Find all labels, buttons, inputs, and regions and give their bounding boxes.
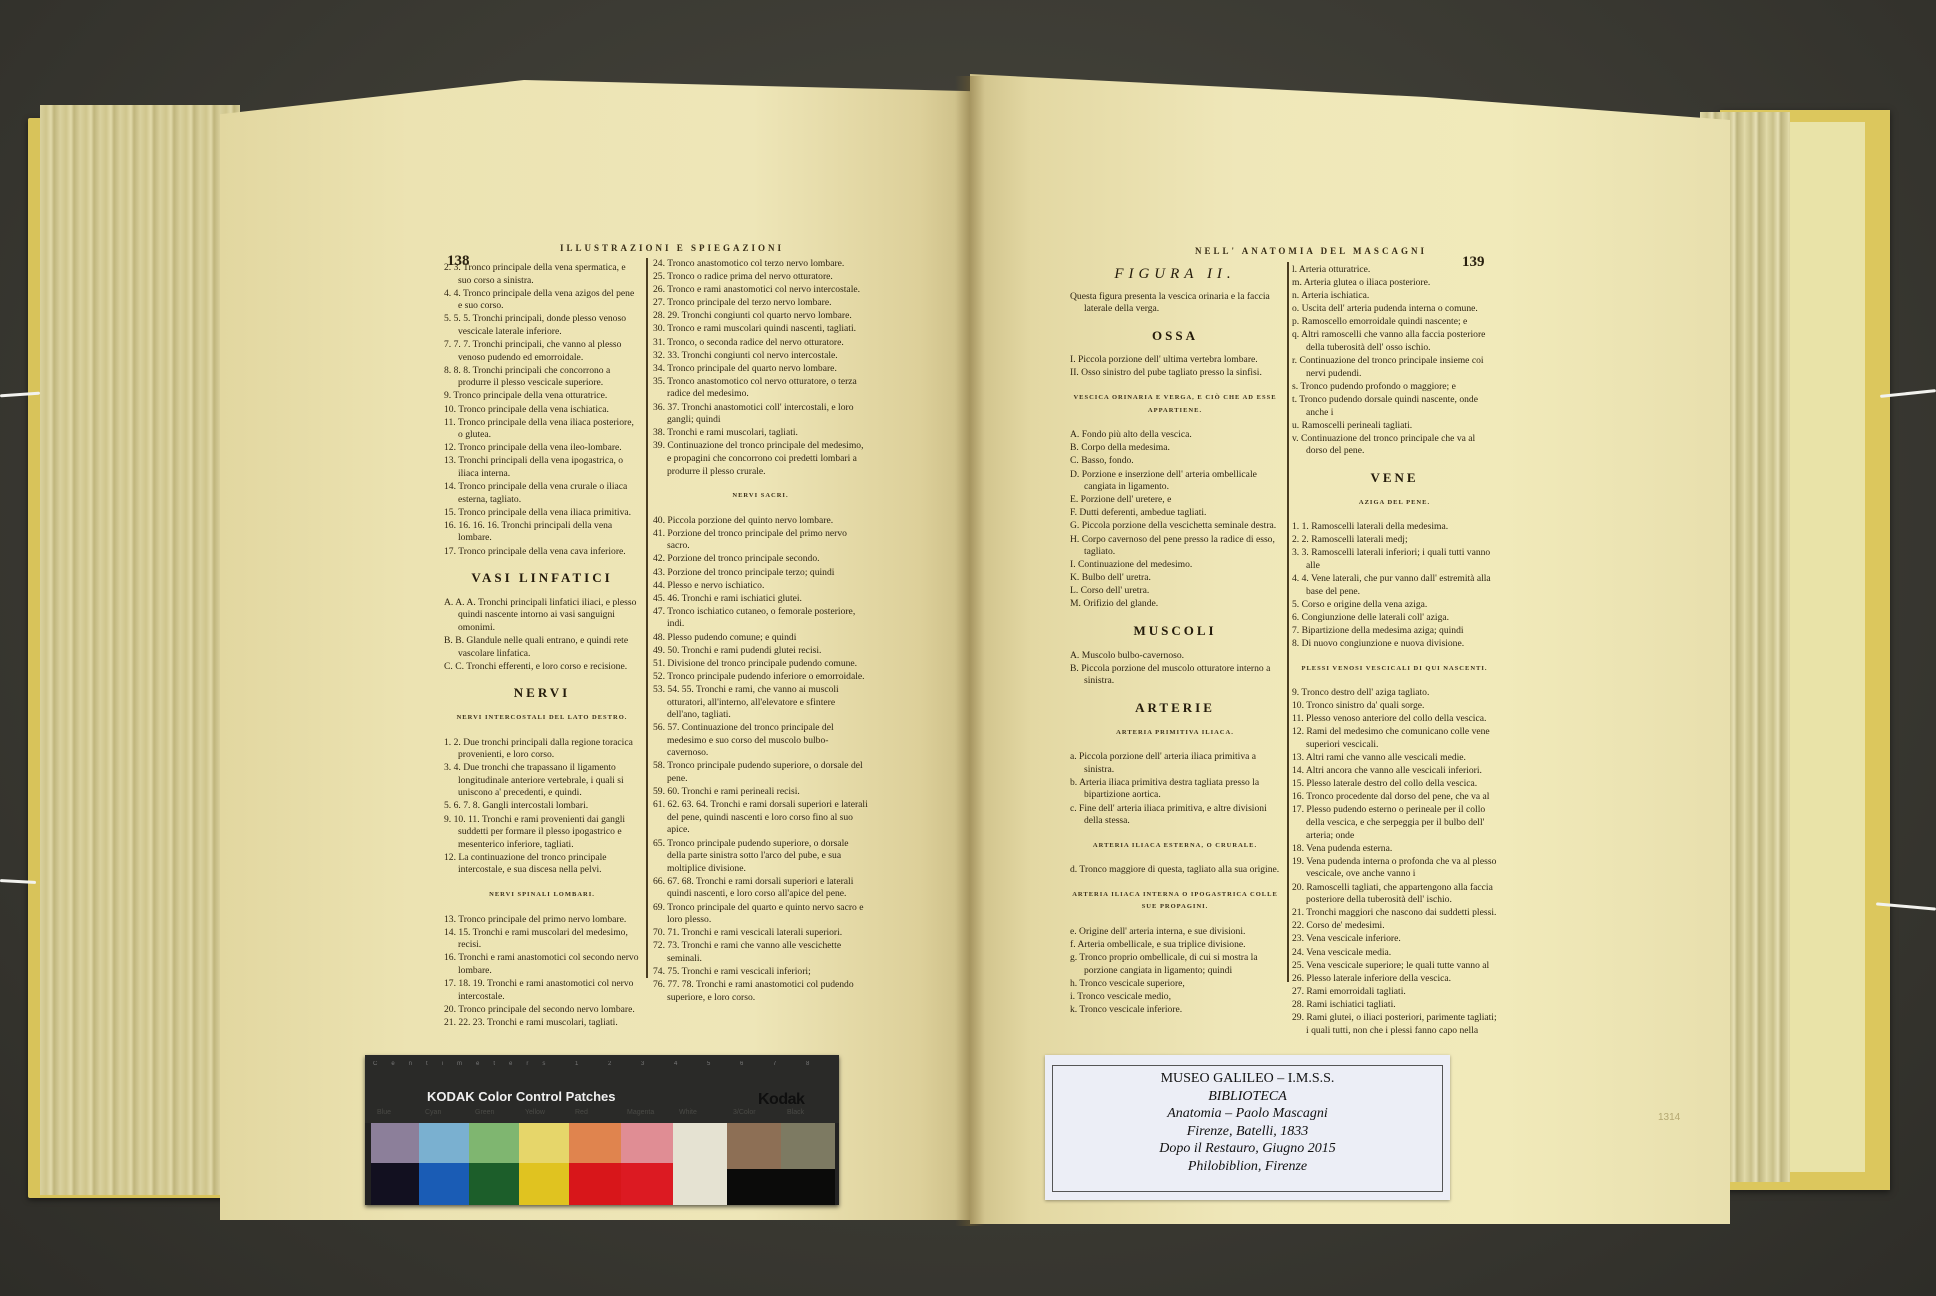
legend-item: 9. 10. 11. Tronchi e rami provenienti da… [444, 814, 640, 852]
legend-item: 28. 29. Tronchi congiunti col quarto ner… [653, 310, 868, 323]
legend-item: B. B. Glandule nelle quali entrano, e qu… [444, 635, 640, 660]
legend-item: 12. La continuazione del tronco principa… [444, 852, 640, 877]
legend-item: 14. Altri ancora che vanno alle vescical… [1292, 765, 1497, 778]
legend-item: k. Tronco vescicale inferiore. [1070, 1004, 1280, 1017]
heading-arterie: ARTERIE [1070, 702, 1280, 715]
right-column-2: l. Arteria otturatrice.m. Arteria glutea… [1292, 264, 1497, 1038]
heading-vene: VENE [1292, 472, 1497, 485]
legend-item: 8. Di nuovo congiunzione e nuova divisio… [1292, 638, 1497, 651]
color-patch-dark-red [569, 1163, 621, 1205]
legend-item: n. Arteria ischiatica. [1292, 290, 1497, 303]
kodak-patch-label: Green [475, 1109, 494, 1116]
legend-item: 52. Tronco principale pudendo inferiore … [653, 671, 868, 684]
legend-item: 70. 71. Tronchi e rami vescicali lateral… [653, 927, 868, 940]
legend-item: 16. 16. 16. 16. Tronchi principali della… [444, 520, 640, 545]
left-column-rule [646, 258, 648, 978]
heading-vasi-linfatici: VASI LINFATICI [444, 572, 640, 585]
legend-item: 14. 15. Tronchi e rami muscolari del med… [444, 927, 640, 952]
museum-label-frame: MUSEO GALILEO – I.M.S.S. BIBLIOTECA Anat… [1052, 1065, 1443, 1192]
legend-item: l. Arteria otturatrice. [1292, 264, 1497, 277]
legend-item: M. Orifizio del glande. [1070, 598, 1280, 611]
legend-item: 3. 3. Ramoscelli laterali inferiori; i q… [1292, 547, 1497, 572]
legend-item: 11. Plesso venoso anteriore del collo de… [1292, 713, 1497, 726]
legend-item: 13. Tronco principale del primo nervo lo… [444, 914, 640, 927]
legend-item: C. Basso, fondo. [1070, 455, 1280, 468]
color-patch-white [673, 1123, 727, 1205]
restorer: Philobiblion, Firenze [1053, 1158, 1442, 1176]
legend-item: D. Porzione e inserzione dell' arteria o… [1070, 469, 1280, 494]
legend-item: B. Corpo della medesima. [1070, 442, 1280, 455]
legend-item: 47. Tronco ischiatico cutaneo, o femoral… [653, 606, 868, 631]
legend-item: i. Tronco vescicale medio, [1070, 991, 1280, 1004]
heading-nervi: NERVI [444, 687, 640, 700]
kodak-patch-label: Red [575, 1109, 588, 1116]
legend-item: 4. 4. Tronco principale della vena azigo… [444, 288, 640, 313]
legend-item: 26. Tronco e rami anastomotici col nervo… [653, 284, 868, 297]
legend-item: 40. Piccola porzione del quinto nervo lo… [653, 515, 868, 528]
legend-item: o. Uscita dell' arteria pudenda interna … [1292, 303, 1497, 316]
kodak-patch-label: Magenta [627, 1109, 654, 1116]
legend-item: 26. Plesso laterale inferiore della vesc… [1292, 973, 1497, 986]
subheading-esterna: ARTERIA ILIACA ESTERNA, O CRURALE. [1070, 840, 1280, 853]
subheading-primitiva: ARTERIA PRIMITIVA ILIACA. [1070, 727, 1280, 740]
legend-item: 10. Tronco principale della vena ischiat… [444, 404, 640, 417]
legend-item: 58. Tronco principale pudendo superiore,… [653, 760, 868, 785]
legend-item: 1. 2. Due tronchi principali dalla regio… [444, 737, 640, 762]
legend-item: e. Origine dell' arteria interna, e sue … [1070, 926, 1280, 939]
legend-item: 2. 2. Ramoscelli laterali medj; [1292, 534, 1497, 547]
legend-item: 65. Tronco principale pudendo superiore,… [653, 838, 868, 876]
right-column-rule [1287, 262, 1289, 982]
legend-item: 48. Plesso pudendo comune; e quindi [653, 632, 868, 645]
legend-item: r. Continuazione del tronco principale i… [1292, 355, 1497, 380]
legend-item: 25. Tronco o radice prima del nervo ottu… [653, 271, 868, 284]
legend-item: F. Dutti deferenti, ambedue tagliati. [1070, 507, 1280, 520]
legend-item: 36. 37. Tronchi anastomotici coll' inter… [653, 402, 868, 427]
legend-item: 27. Rami emorroidali tagliati. [1292, 986, 1497, 999]
kodak-patch-label: Blue [377, 1109, 391, 1116]
legend-item: 72. 73. Tronchi e rami che vanno alle ve… [653, 940, 868, 965]
color-patch-3color [727, 1123, 781, 1169]
kodak-title: KODAK Color Control Patches [427, 1089, 616, 1104]
color-patch-yellow [519, 1123, 569, 1163]
legend-item: 59. 60. Tronchi e rami perineali recisi. [653, 786, 868, 799]
color-patch-green [469, 1123, 519, 1163]
subheading-intercostali: NERVI INTERCOSTALI DEL LATO DESTRO. [444, 712, 640, 725]
legend-item: 13. Tronchi principali della vena ipogas… [444, 455, 640, 480]
legend-item: 66. 67. 68. Tronchi e rami dorsali super… [653, 876, 868, 901]
legend-item: 4. 4. Vene laterali, che pur vanno dall'… [1292, 573, 1497, 598]
subheading-vescica: VESCICA ORINARIA E VERGA, E CIÒ CHE AD E… [1070, 392, 1280, 417]
color-patch-dark-yellow [519, 1163, 569, 1205]
legend-item: t. Tronco pudendo dorsale quindi nascent… [1292, 394, 1497, 419]
kodak-header: Centimeters 1 2 3 4 5 6 7 8 9 10 11 12 1… [365, 1055, 839, 1123]
legend-item: h. Tronco vescicale superiore, [1070, 978, 1280, 991]
legend-item: 27. Tronco principale del terzo nervo lo… [653, 297, 868, 310]
legend-item: 6. Congiunzione delle laterali coll' azi… [1292, 612, 1497, 625]
legend-item: 16. Tronchi e rami anastomotici col seco… [444, 952, 640, 977]
legend-item: 31. Tronco, o seconda radice del nervo o… [653, 337, 868, 350]
kodak-patch-label: 3/Color [733, 1109, 756, 1116]
legend-item: 25. Vena vescicale superiore; le quali t… [1292, 960, 1497, 973]
legend-item: a. Piccola porzione dell' arteria iliaca… [1070, 751, 1280, 776]
color-patch-dark-blue [371, 1163, 419, 1205]
legend-item: L. Corso dell' uretra. [1070, 585, 1280, 598]
left-running-head: ILLUSTRAZIONI E SPIEGAZIONI [560, 243, 784, 253]
legend-item: 34. Tronco principale del quarto nervo l… [653, 363, 868, 376]
legend-item: 17. Plesso pudendo esterno o perineale p… [1292, 804, 1497, 842]
kodak-patch-label: Yellow [525, 1109, 545, 1116]
color-patch-dark-green [469, 1163, 519, 1205]
legend-item: 17. Tronco principale della vena cava in… [444, 546, 640, 559]
kodak-color-card: Centimeters 1 2 3 4 5 6 7 8 9 10 11 12 1… [365, 1055, 839, 1205]
legend-item: 45. 46. Tronchi e rami ischiatici glutei… [653, 593, 868, 606]
kodak-ruler: Centimeters 1 2 3 4 5 6 7 8 9 10 11 12 1… [373, 1061, 831, 1075]
subheading-interna: ARTERIA ILIACA INTERNA O IPOGASTRICA COL… [1070, 889, 1280, 914]
legend-item: 51. Divisione del tronco principale pude… [653, 658, 868, 671]
color-patch-dark-3color [727, 1169, 781, 1205]
legend-item: 11. Tronco principale della vena iliaca … [444, 417, 640, 442]
legend-item: 53. 54. 55. Tronchi e rami, che vanno ai… [653, 684, 868, 722]
legend-item: 10. Tronco sinistro da' quali sorge. [1292, 700, 1497, 713]
legend-item: 28. Rami ischiatici tagliati. [1292, 999, 1497, 1012]
book-title: Anatomia – Paolo Mascagni [1053, 1105, 1442, 1123]
legend-item: H. Corpo cavernoso del pene presso la ra… [1070, 534, 1280, 559]
legend-item: 18. Vena pudenda esterna. [1292, 843, 1497, 856]
legend-item: 23. Vena vescicale inferiore. [1292, 933, 1497, 946]
left-column-2: 24. Tronco anastomotico col terzo nervo … [653, 258, 868, 1005]
kodak-patch-label: White [679, 1109, 697, 1116]
legend-item: 43. Porzione del tronco principale terzo… [653, 567, 868, 580]
legend-item: 35. Tronco anastomotico col nervo ottura… [653, 376, 868, 401]
legend-item: 44. Plesso e nervo ischiatico. [653, 580, 868, 593]
legend-item: q. Altri ramoscelli che vanno alla facci… [1292, 329, 1497, 354]
kodak-logo: Kodak [758, 1091, 804, 1109]
subheading-plessi: PLESSI VENOSI VESCICALI DI QUI NASCENTI. [1292, 663, 1497, 676]
legend-item: II. Osso sinistro del pube tagliato pres… [1070, 367, 1280, 380]
legend-item: 5. Corso e origine della vena aziga. [1292, 599, 1497, 612]
legend-item: 19. Vena pudenda interna o profonda che … [1292, 856, 1497, 881]
legend-item: d. Tronco maggiore di questa, tagliato a… [1070, 864, 1280, 877]
legend-item: 49. 50. Tronchi e rami pudendi glutei re… [653, 645, 868, 658]
library-name: BIBLIOTECA [1053, 1088, 1442, 1106]
legend-item: 5. 5. 5. Tronchi principali, donde pless… [444, 313, 640, 338]
legend-item: A. Fondo più alto della vescica. [1070, 429, 1280, 442]
legend-item: 2. 3. Tronco principale della vena sperm… [444, 262, 640, 287]
legend-item: 22. Corso de' medesimi. [1292, 920, 1497, 933]
legend-item: 7. Bipartizione della medesima aziga; qu… [1292, 625, 1497, 638]
museum-name: MUSEO GALILEO – I.M.S.S. [1053, 1070, 1442, 1088]
left-column-1: 2. 3. Tronco principale della vena sperm… [444, 262, 640, 1030]
legend-item: 9. Tronco destro dell' aziga tagliato. [1292, 687, 1497, 700]
legend-item: 5. 6. 7. 8. Gangli intercostali lombari. [444, 800, 640, 813]
legend-item: 3. 4. Due tronchi che trapassano il liga… [444, 762, 640, 800]
legend-item: 16. Tronco procedente dal dorso del pene… [1292, 791, 1497, 804]
legend-item: A. Muscolo bulbo-cavernoso. [1070, 650, 1280, 663]
legend-item: 9. Tronco principale della vena otturatr… [444, 390, 640, 403]
legend-item: 74. 75. Tronchi e rami vescicali inferio… [653, 966, 868, 979]
legend-item: C. C. Tronchi efferenti, e loro corso e … [444, 661, 640, 674]
legend-item: 24. Tronco anastomotico col terzo nervo … [653, 258, 868, 271]
legend-item: 29. Rami glutei, o iliaci posteriori, pa… [1292, 1012, 1497, 1037]
legend-item: 14. Tronco principale della vena crurale… [444, 481, 640, 506]
legend-item: u. Ramoscelli perineali tagliati. [1292, 420, 1497, 433]
legend-item: s. Tronco pudendo profondo o maggiore; e [1292, 381, 1497, 394]
legend-item: 12. Tronco principale della vena ileo-lo… [444, 442, 640, 455]
publication-info: Firenze, Batelli, 1833 [1053, 1123, 1442, 1141]
kodak-patch-label: Cyan [425, 1109, 441, 1116]
legend-item: 41. Porzione del tronco principale del p… [653, 528, 868, 553]
museum-label: MUSEO GALILEO – I.M.S.S. BIBLIOTECA Anat… [1045, 1055, 1450, 1200]
book-gutter [955, 76, 985, 1226]
color-patch-red [569, 1123, 621, 1163]
endpaper-right [1785, 122, 1865, 1172]
legend-item: 76. 77. 78. Tronchi e rami anastomotici … [653, 979, 868, 1004]
legend-item: 32. 33. Tronchi congiunti col nervo inte… [653, 350, 868, 363]
legend-item: 38. Tronchi e rami muscolari, tagliati. [653, 427, 868, 440]
legend-item: 20. Ramoscelli tagliati, che appartengon… [1292, 882, 1497, 907]
legend-item: 20. Tronco principale del secondo nervo … [444, 1004, 640, 1017]
kodak-patch-label: Black [787, 1109, 804, 1116]
legend-item: 21. Tronchi maggiori che nascono dai sud… [1292, 907, 1497, 920]
subheading-sacri: NERVI SACRI. [653, 490, 868, 503]
page-stack-left [40, 105, 240, 1195]
legend-item: v. Continuazione del tronco principale c… [1292, 433, 1497, 458]
legend-item: 1. 1. Ramoscelli laterali della medesima… [1292, 521, 1497, 534]
heading-ossa: OSSA [1070, 330, 1280, 343]
legend-item: 15. Plesso laterale destro del collo del… [1292, 778, 1497, 791]
legend-item: 13. Altri rami che vanno alle vescicali … [1292, 752, 1497, 765]
color-patch-dark-cyan [419, 1163, 469, 1205]
subheading-aziga: AZIGA DEL PENE. [1292, 497, 1497, 510]
color-patch-dark-magenta [621, 1163, 673, 1205]
legend-item: E. Porzione dell' uretere, e [1070, 494, 1280, 507]
legend-item: 17. 18. 19. Tronchi e rami anastomotici … [444, 978, 640, 1003]
right-column-1: FIGURA II. Questa figura presenta la ves… [1070, 264, 1280, 1017]
legend-item: f. Arteria ombellicale, e sua triplice d… [1070, 939, 1280, 952]
legend-item: 7. 7. 7. Tronchi principali, che vanno a… [444, 339, 640, 364]
figure-title: FIGURA II. [1070, 268, 1280, 281]
legend-item: 69. Tronco principale del quarto e quint… [653, 902, 868, 927]
heading-muscoli: MUSCOLI [1070, 625, 1280, 638]
legend-item: 56. 57. Continuazione del tronco princip… [653, 722, 868, 760]
kodak-patch-labels: BlueCyanGreenYellowRedMagentaWhite3/Colo… [365, 1109, 839, 1121]
right-running-head: NELL' ANATOMIA DEL MASCAGNI [1195, 246, 1427, 256]
color-patch-cyan [419, 1123, 469, 1163]
legend-item: 12. Rami del medesimo che comunicano col… [1292, 726, 1497, 751]
color-patch-blue [371, 1123, 419, 1163]
legend-item: A. A. A. Tronchi principali linfatici il… [444, 597, 640, 635]
legend-item: K. Bulbo dell' uretra. [1070, 572, 1280, 585]
subheading-lombari: NERVI SPINALI LOMBARI. [444, 889, 640, 902]
legend-item: 30. Tronco e rami muscolari quindi nasce… [653, 323, 868, 336]
color-patch-black [781, 1123, 835, 1169]
legend-item: m. Arteria glutea o iliaca posteriore. [1292, 277, 1497, 290]
legend-item: 8. 8. 8. Tronchi principali che concorro… [444, 365, 640, 390]
legend-item: B. Piccola porzione del muscolo otturato… [1070, 663, 1280, 688]
legend-item: 24. Vena vescicale media. [1292, 947, 1497, 960]
legend-item: 15. Tronco principale della vena iliaca … [444, 507, 640, 520]
figure-intro: Questa figura presenta la vescica orinar… [1070, 291, 1280, 316]
legend-item: 61. 62. 63. 64. Tronchi e rami dorsali s… [653, 799, 868, 837]
legend-item: c. Fine dell' arteria iliaca primitiva, … [1070, 803, 1280, 828]
legend-item: 21. 22. 23. Tronchi e rami muscolari, ta… [444, 1017, 640, 1030]
legend-item: p. Ramoscello emorroidale quindi nascent… [1292, 316, 1497, 329]
legend-item: I. Continuazione del medesimo. [1070, 559, 1280, 572]
legend-item: I. Piccola porzione dell' ultima vertebr… [1070, 354, 1280, 367]
legend-item: G. Piccola porzione della vescichetta se… [1070, 520, 1280, 533]
legend-item: g. Tronco proprio ombellicale, di cui si… [1070, 952, 1280, 977]
legend-item: 39. Continuazione del tronco principale … [653, 440, 868, 478]
color-patch-magenta [621, 1123, 673, 1163]
restoration-date: Dopo il Restauro, Giugno 2015 [1053, 1140, 1442, 1158]
legend-item: b. Arteria iliaca primitiva destra tagli… [1070, 777, 1280, 802]
pencil-mark: 1314 [1658, 1112, 1680, 1123]
color-patch-dark-black [781, 1169, 835, 1205]
legend-item: 42. Porzione del tronco principale secon… [653, 553, 868, 566]
